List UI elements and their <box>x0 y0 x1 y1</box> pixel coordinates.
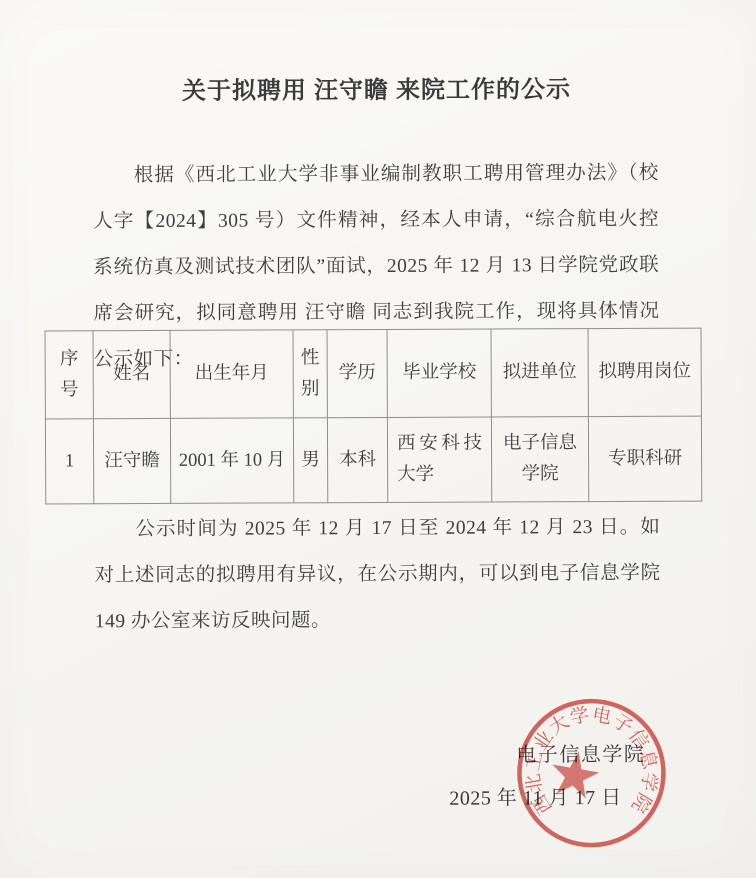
table-header-cell: 性别 <box>293 330 327 418</box>
table-header-cell: 毕业学校 <box>387 329 491 417</box>
table-body: 1汪守瞻2001 年 10 月男本科西安科技大学电子信息学院专职科研 <box>45 416 701 504</box>
official-seal-stamp: 西北工业大学电子信息学院 <box>513 695 670 852</box>
seal-ring-icon <box>519 701 664 846</box>
table-header-cell: 序号 <box>45 331 93 419</box>
table-cell: 1 <box>45 419 93 504</box>
table-cell: 本科 <box>327 417 387 502</box>
table-cell: 专职科研 <box>588 416 701 501</box>
table-cell: 2001 年 10 月 <box>170 418 293 504</box>
table-header-cell: 拟进单位 <box>491 329 588 417</box>
table-header-row: 序号姓名出生年月性别学历毕业学校拟进单位拟聘用岗位 <box>45 328 701 419</box>
table-cell: 西安科技大学 <box>387 417 491 502</box>
table-cell: 电子信息学院 <box>491 417 588 502</box>
table-row: 1汪守瞻2001 年 10 月男本科西安科技大学电子信息学院专职科研 <box>45 416 701 504</box>
table-header-cell: 出生年月 <box>170 330 293 419</box>
table-cell: 男 <box>293 418 327 503</box>
table-header-cell: 学历 <box>327 329 387 417</box>
signature-unit-name: 电子信息学院 <box>516 738 645 768</box>
candidate-table: 序号姓名出生年月性别学历毕业学校拟进单位拟聘用岗位 1汪守瞻2001 年 10 … <box>45 328 703 505</box>
table-header-cell: 姓名 <box>93 330 170 418</box>
notice-paragraph: 公示时间为 2025 年 12 月 17 日至 2024 年 12 月 23 日… <box>94 505 661 645</box>
scanned-page: 关于拟聘用 汪守瞻 来院工作的公示 根据《西北工业大学非事业编制教职工聘用管理办… <box>0 0 756 878</box>
signature-date: 2025 年 11 月 17 日 <box>449 781 621 811</box>
document-sheet: 关于拟聘用 汪守瞻 来院工作的公示 根据《西北工业大学非事业编制教职工聘用管理办… <box>0 0 756 878</box>
document-title: 关于拟聘用 汪守瞻 来院工作的公示 <box>0 68 755 106</box>
table-cell: 汪守瞻 <box>93 418 170 503</box>
table-header-cell: 拟聘用岗位 <box>588 328 701 416</box>
